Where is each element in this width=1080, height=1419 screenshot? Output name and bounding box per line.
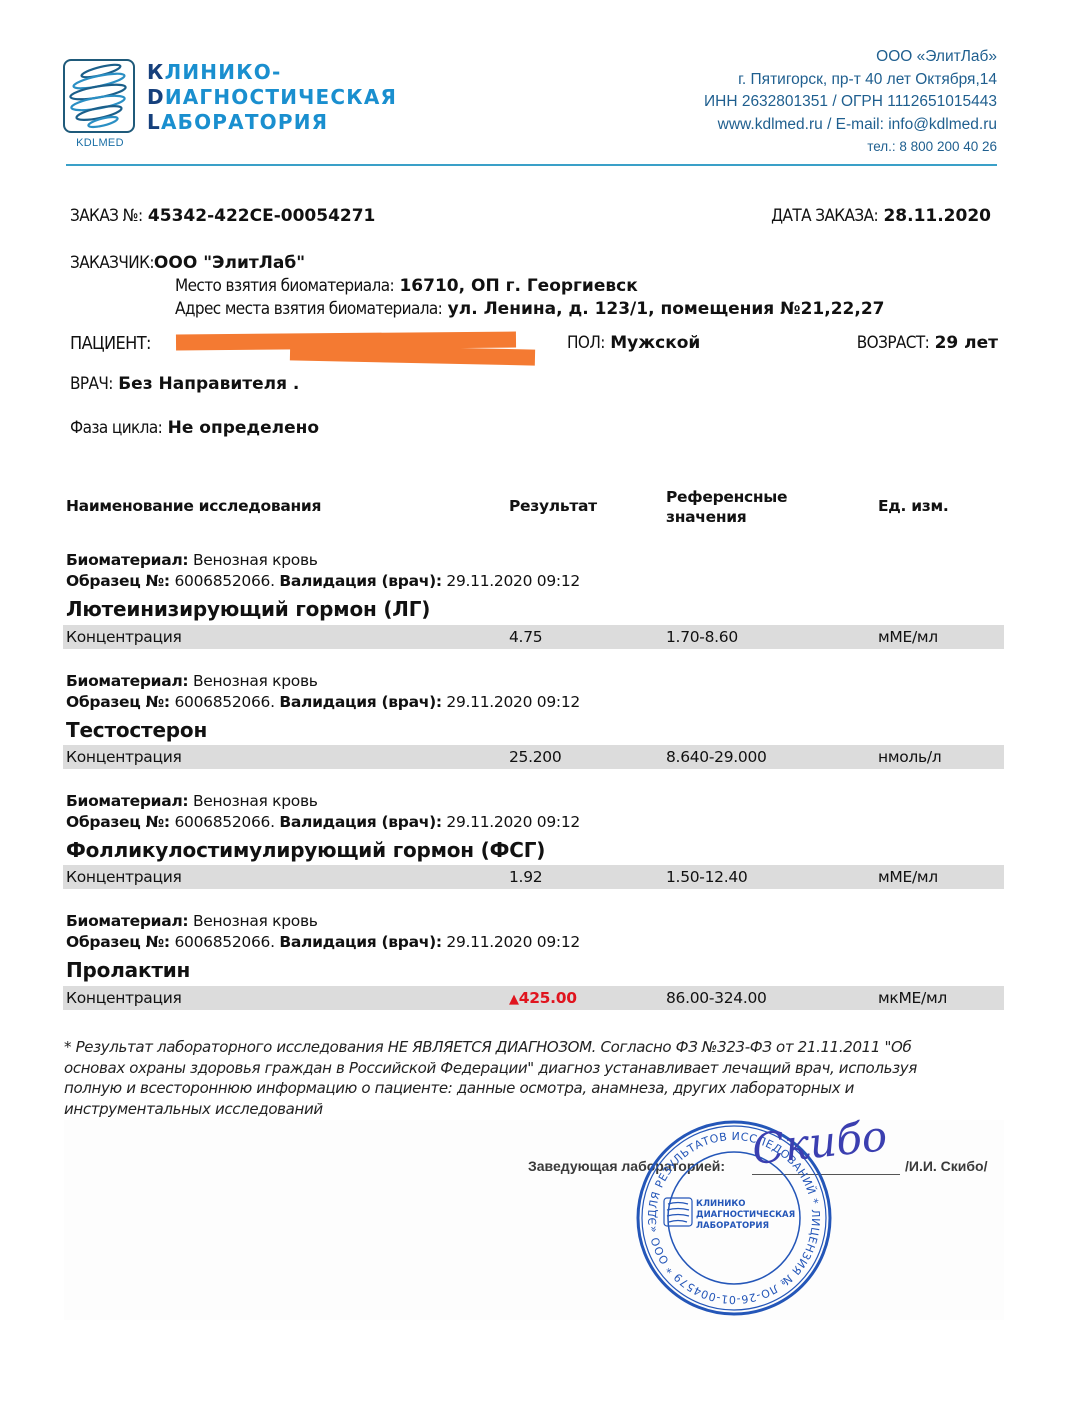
company-info: ООО «ЭлитЛаб» г. Пятигорск, пр-т 40 лет … — [704, 46, 997, 159]
order-number: ЗАКАЗ №: 45342-422CE-00054271 — [70, 206, 375, 226]
svg-text:КЛИНИКО: КЛИНИКО — [696, 1199, 746, 1209]
test-name: Фолликулостимулирующий гормон (ФСГ) — [66, 838, 545, 862]
svg-text:ЛАБОРАТОРИЯ: ЛАБОРАТОРИЯ — [696, 1221, 769, 1231]
sample-line: Образец №: 6006852066. Валидация (врач):… — [66, 932, 580, 953]
header-unit: Ед. изм. — [878, 497, 948, 515]
test-name: Лютеинизирующий гормон (ЛГ) — [66, 597, 430, 621]
high-flag-icon: ▲ — [509, 992, 519, 1007]
biomaterial-line: Биоматериал: Венозная кровь — [66, 911, 318, 932]
customer: ЗАКАЗЧИК:ООО "ЭлитЛаб" — [70, 253, 305, 273]
header-reference: Референсныезначения — [666, 487, 787, 527]
header-divider — [66, 164, 997, 166]
sample-line: Образец №: 6006852066. Валидация (врач):… — [66, 812, 580, 833]
company-phone: тел.: 8 800 200 40 26 — [704, 136, 997, 159]
high-result: ▲425.00 — [509, 989, 577, 1007]
sample-line: Образец №: 6006852066. Валидация (врач):… — [66, 692, 580, 713]
doctor: ВРАЧ: Без Направителя . — [70, 374, 299, 394]
header-result: Результат — [509, 497, 597, 515]
header-test-name: Наименование исследования — [66, 497, 321, 515]
disclaimer: * Результат лабораторного исследования Н… — [64, 1037, 964, 1119]
svg-text:ДИАГНОСТИЧЕСКАЯ: ДИАГНОСТИЧЕСКАЯ — [696, 1210, 795, 1220]
test-name: Пролактин — [66, 958, 190, 982]
collection-address: Адрес места взятия биоматериала: ул. Лен… — [175, 299, 884, 319]
patient-sex: ПОЛ: Мужской — [567, 333, 700, 353]
company-address: г. Пятигорск, пр-т 40 лет Октября,14 — [704, 69, 997, 92]
order-date: ДАТА ЗАКАЗА: 28.11.2020 — [771, 206, 991, 226]
collection-site: Место взятия биоматериала: 16710, ОП г. … — [175, 276, 638, 296]
table-row: Концентрация 1.92 1.50-12.40 мМЕ/мл — [63, 865, 1004, 889]
company-name: ООО «ЭлитЛаб» — [704, 46, 997, 69]
logo-icon — [63, 59, 135, 133]
logo-subtitle: KDLMED — [63, 137, 137, 149]
biomaterial-line: Биоматериал: Венозная кровь — [66, 550, 318, 571]
table-row: Концентрация 4.75 1.70-8.60 мМЕ/мл — [63, 625, 1004, 649]
patient-age: ВОЗРАСТ: 29 лет — [857, 333, 998, 353]
biomaterial-line: Биоматериал: Венозная кровь — [66, 671, 318, 692]
patient-name: ПАЦИЕНТ: — [70, 333, 151, 354]
test-name: Тестостерон — [66, 718, 207, 742]
cycle-phase: Фаза цикла: Не определено — [70, 418, 319, 438]
logo-title: КЛИНИКО- DИАГНОСТИЧЕСКАЯ LАБОРАТОРИЯ — [147, 60, 397, 135]
table-row: Концентрация 25.200 8.640-29.000 нмоль/л — [63, 745, 1004, 769]
company-web[interactable]: www.kdlmed.ru / E-mail: info@kdlmed.ru — [704, 114, 997, 137]
signature-name: /И.И. Скибо/ — [905, 1158, 988, 1174]
table-row: Концентрация ▲425.00 86.00-324.00 мкМЕ/м… — [63, 986, 1004, 1010]
sample-line: Образец №: 6006852066. Валидация (врач):… — [66, 571, 580, 592]
biomaterial-line: Биоматериал: Венозная кровь — [66, 791, 318, 812]
company-ids: ИНН 2632801351 / ОГРН 1112651015443 — [704, 91, 997, 114]
